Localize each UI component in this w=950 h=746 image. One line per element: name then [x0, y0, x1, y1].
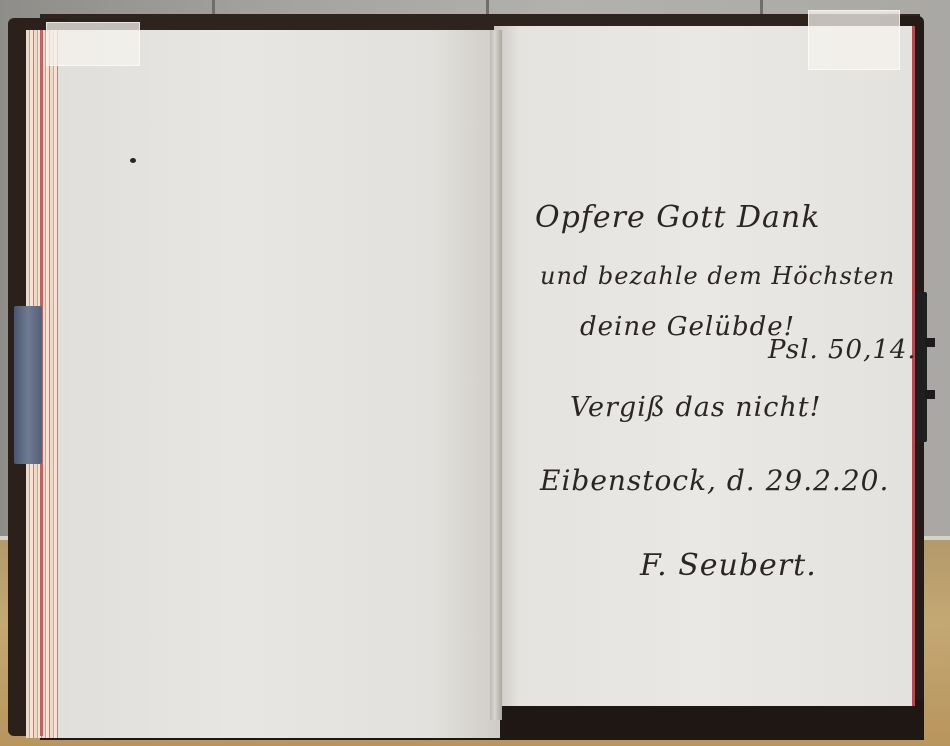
inscription-line-2: und bezahle dem Höchsten [540, 262, 895, 290]
bible-reference: Psl. 50,14. [768, 335, 917, 365]
inscription-line-4: Vergiß das nicht! [570, 392, 822, 423]
metal-clasp-right [915, 292, 927, 442]
clasp-tab [925, 390, 935, 399]
inscription-line-1: Opfere Gott Dank [535, 200, 820, 235]
metal-clasp-left [14, 306, 42, 464]
inscription-line-3: deine Gelübde! [580, 312, 795, 342]
tape-left [46, 22, 140, 66]
right-page [494, 26, 914, 706]
left-page [58, 30, 500, 738]
clasp-tab [925, 338, 935, 347]
book-gutter [490, 30, 502, 720]
place-and-date: Eibenstock, d. 29.2.20. [540, 464, 889, 497]
signature: F. Seubert. [640, 548, 817, 583]
ink-spot [130, 158, 136, 163]
tape-right [808, 10, 900, 70]
